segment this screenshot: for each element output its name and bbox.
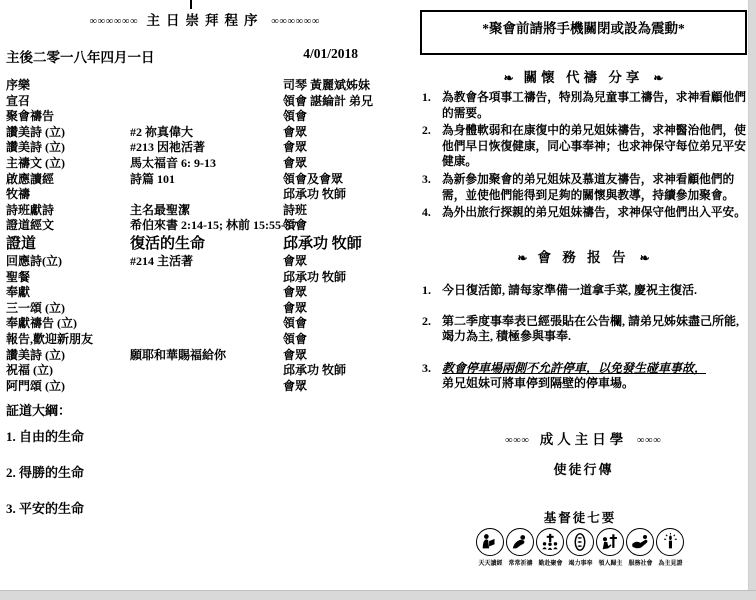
- date-chinese: 主後二零一八年四月一日: [6, 46, 155, 66]
- program-row: 序樂 司琴 黃麗斌姊妹: [6, 78, 410, 94]
- announcement-item: 2. 第二季度事奉表已經張貼在公告欄, 請弟兄姊妹盡己所能, 竭力為主, 積極參…: [422, 314, 752, 344]
- badge-caption: 常常祈禱: [507, 558, 534, 566]
- program-item-role: 邱承功 牧師: [283, 187, 410, 203]
- person-to-cross-icon: [596, 528, 624, 556]
- program-item-role: 邱承功 牧師: [283, 270, 410, 286]
- program-item-detail: 復活的生命: [130, 234, 283, 254]
- prayer-item: 4. 為外出旅行探親的弟兄姐妹禱告，求神保守他們出入平安。: [422, 205, 752, 221]
- sunday-school-subject: 使徒行傳: [420, 459, 747, 478]
- badge-constant-prayer: 常常祈禱: [506, 528, 535, 567]
- badge-caption: 勤赴聚會: [537, 558, 564, 566]
- program-item-role: 領會: [283, 218, 410, 234]
- helping-hands-icon: [626, 528, 654, 556]
- prayer-item-number: 4.: [422, 205, 442, 221]
- prayer-icon: [506, 528, 534, 556]
- prayer-heading-text: 關懷 代禱 分享: [524, 70, 644, 85]
- sermon-outline-point: 1. 自由的生命: [6, 426, 266, 445]
- program-row: 聚會禱告 領會: [6, 109, 410, 125]
- prayer-item-text: 為教會各項事工禱告，特別為兒童事工禱告，求神看顧他們的需要。: [442, 90, 752, 121]
- announcements-heading-text: 會 務 报 告: [537, 250, 629, 265]
- announcement-item: 1. 今日復活節, 請每家準備一道拿手菜, 慶祝主復活.: [422, 283, 752, 298]
- chain-ornament-right: ∞∞∞∞∞∞: [272, 16, 321, 27]
- program-row: 主禱文 (立) 馬太福音 6: 9-13 會眾: [6, 156, 410, 172]
- program-item-label: 三一頌 (立): [6, 301, 130, 317]
- announcement-item-text: 第二季度事奉表已經張貼在公告欄, 請弟兄姊妹盡己所能, 竭力為主, 積極參與事奉…: [442, 314, 752, 344]
- announcement-item: 3. 教會停車場兩側不允許停車，以免發生碰車事故，弟兄姐妹可將車停到隔壁的停車場…: [422, 361, 752, 391]
- badge-caption: 為主見證: [657, 558, 684, 566]
- announcement-item-emphasis: 教會停車場兩側不允許停車，以免發生碰車事故，: [442, 361, 752, 376]
- announcement-item-body: 弟兄姐妹可將車停到隔壁的停車場。: [442, 376, 634, 390]
- program-item-role: 領會: [283, 332, 410, 348]
- prayer-item-number: 2.: [422, 123, 442, 170]
- prayer-item-text: 為新參加聚會的弟兄姐妹及慕道友禱告，求神看顧他們的需，並使他們能得到足夠的關懷與…: [442, 172, 752, 203]
- phone-notice-text: *聚會前請將手機關閉或設為震動*: [482, 21, 685, 36]
- program-item-detail: [130, 109, 283, 125]
- announcement-item-text: 今日復活節, 請每家準備一道拿手菜, 慶祝主復活.: [442, 283, 752, 298]
- program-row: 詩班獻詩 主名最聖潔 詩班: [6, 203, 410, 219]
- program-item-role: 會眾: [283, 348, 410, 364]
- program-item-detail: [130, 301, 283, 317]
- leaf-ornament-left: ❧: [517, 251, 527, 265]
- program-row: 讚美詩 (立) #213 因祂活著 會眾: [6, 140, 410, 156]
- program-item-role: 邱承功 牧師: [283, 363, 410, 379]
- program-row: 證道經文 希伯來書 2:14-15; 林前 15:55-57 領會: [6, 218, 410, 234]
- sermon-outline-list: 1. 自由的生命 2. 得勝的生命 3. 平安的生命: [6, 426, 266, 534]
- program-item-role: 會眾: [283, 301, 410, 317]
- program-item-role: 會眾: [283, 285, 410, 301]
- badge-caption: 領人歸主: [597, 558, 624, 566]
- program-item-detail: [130, 187, 283, 203]
- program-item-label: 宣召: [6, 94, 130, 110]
- sermon-outline-point: 3. 平安的生命: [6, 498, 266, 517]
- program-item-label: 證道經文: [6, 218, 130, 234]
- program-item-label: 聖餐: [6, 270, 130, 286]
- program-row: 奉獻 會眾: [6, 285, 410, 301]
- program-item-detail: #214 主活著: [130, 254, 283, 270]
- program-item-label: 讚美詩 (立): [6, 348, 130, 364]
- congregation-cross-icon: [536, 528, 564, 556]
- announcements-section-heading: ❧會 務 报 告❧: [420, 246, 747, 266]
- badge-attend-meetings: 勤赴聚會: [536, 528, 565, 567]
- announcement-item-body: 第二季度事奉表已經張貼在公告欄, 請弟兄姊妹盡己所能, 竭力為主, 積極參與事奉…: [442, 314, 739, 343]
- program-item-label: 奉獻禱告 (立): [6, 316, 130, 332]
- program-item-role: 領會 諶綸計 弟兄: [283, 94, 410, 110]
- prayer-item-text: 為外出旅行探親的弟兄姐妹禱告，求神保守他們出入平安。: [442, 205, 752, 221]
- program-item-role: 會眾: [283, 156, 410, 172]
- date-row: 主後二零一八年四月一日 4/01/2018: [6, 46, 358, 66]
- chain-ornament-left: ∞∞∞∞∞∞: [90, 16, 139, 27]
- announcement-item-number: 2.: [422, 314, 442, 344]
- program-row: 阿門頌 (立) 會眾: [6, 379, 410, 395]
- program-item-label: 祝福 (立): [6, 363, 130, 379]
- program-item-detail: 詩篇 101: [130, 172, 283, 188]
- prayer-item-body: 為教會各項事工禱告，特別為兒童事工禱告，求神看顧他們的需要。: [442, 91, 746, 120]
- program-item-role: 領會: [283, 109, 410, 125]
- program-item-label: 聚會禱告: [6, 109, 130, 125]
- badge-daily-bible-reading: 天天讀經: [476, 528, 505, 567]
- prayer-item: 2. 為身體軟弱和在康復中的弟兄姐妹禱告，求神醫治他們，使他們早日恢復健康，同心…: [422, 123, 752, 170]
- badge-strive-to-serve: 竭力事奉: [566, 528, 595, 567]
- crop-mark: [190, 0, 192, 9]
- announcement-item-number: 1.: [422, 283, 442, 298]
- chain-ornament-right: ∞∞∞: [637, 435, 661, 446]
- leaf-ornament-right: ❧: [640, 251, 650, 265]
- badge-caption: 服務社會: [627, 558, 654, 566]
- program-item-detail: [130, 285, 283, 301]
- sunday-school-heading: ∞∞∞成人主日學∞∞∞: [420, 428, 747, 448]
- program-item-role: 司琴 黃麗斌姊妹: [283, 78, 410, 94]
- program-row: 三一頌 (立) 會眾: [6, 301, 410, 317]
- announcement-item-text: 教會停車場兩側不允許停車，以免發生碰車事故，弟兄姐妹可將車停到隔壁的停車場。: [442, 361, 752, 391]
- prayer-item-body: 為外出旅行探親的弟兄姐妹禱告，求神保守他們出入平安。: [442, 206, 746, 219]
- announcements-list: 1. 今日復活節, 請每家準備一道拿手菜, 慶祝主復活. 2. 第二季度事奉表已…: [422, 283, 752, 407]
- phone-notice-box: *聚會前請將手機關閉或設為震動*: [420, 10, 747, 55]
- page-title: ∞∞∞∞∞∞主日崇拜程序∞∞∞∞∞∞: [0, 9, 410, 29]
- prayer-item-body: 為新參加聚會的弟兄姐妹及慕道友禱告，求神看顧他們的需，並使他們能得到足夠的關懷與…: [442, 173, 734, 202]
- program-row: 宣召 領會 諶綸計 弟兄: [6, 94, 410, 110]
- badge-caption: 竭力事奉: [567, 558, 594, 566]
- prayer-item-text: 為身體軟弱和在康復中的弟兄姐妹禱告，求神醫治他們，使他們早日恢復健康，同心事奉神…: [442, 123, 752, 170]
- program-item-label: 詩班獻詩: [6, 203, 130, 219]
- program-item-detail: [130, 94, 283, 110]
- chain-ornament-left: ∞∞∞: [505, 435, 529, 446]
- program-item-label: 奉獻: [6, 285, 130, 301]
- program-item-label: 主禱文 (立): [6, 156, 130, 172]
- program-item-detail: #2 祢真偉大: [130, 125, 283, 141]
- program-item-detail: [130, 332, 283, 348]
- program-row: 牧禱 邱承功 牧師: [6, 187, 410, 203]
- sermon-outline-title: 証道大綱：: [6, 400, 71, 419]
- program-item-detail: [130, 363, 283, 379]
- announcement-item-number: 3.: [422, 361, 442, 391]
- program-item-label: 阿門頌 (立): [6, 379, 130, 395]
- prayer-section-heading: ❧關懷 代禱 分享❧: [420, 66, 747, 86]
- program-item-detail: 主名最聖潔: [130, 203, 283, 219]
- program-item-detail: [130, 78, 283, 94]
- program-item-label: 讚美詩 (立): [6, 125, 130, 141]
- program-item-label: 證道: [6, 234, 130, 254]
- program-row: 奉獻禱告 (立) 領會: [6, 316, 410, 332]
- program-item-role: 會眾: [283, 379, 410, 395]
- badge-caption: 天天讀經: [477, 558, 504, 566]
- prayer-item: 1. 為教會各項事工禱告，特別為兒童事工禱告，求神看顧他們的需要。: [422, 90, 752, 121]
- program-item-role: 會眾: [283, 254, 410, 270]
- badge-witness-for-the-lord: 為主見證: [656, 528, 685, 567]
- program-item-detail: [130, 379, 283, 395]
- loaves-fishes-icon: [566, 528, 594, 556]
- program-row: 證道 復活的生命 邱承功 牧師: [6, 234, 410, 254]
- prayer-item-number: 3.: [422, 172, 442, 203]
- program-list: 序樂 司琴 黃麗斌姊妹 宣召 領會 諶綸計 弟兄 聚會禱告 領會 讚美詩 (立)…: [6, 78, 410, 394]
- program-item-label: 牧禱: [6, 187, 130, 203]
- badge-lead-people-to-christ: 領人歸主: [596, 528, 625, 567]
- sermon-outline-point: 2. 得勝的生命: [6, 462, 266, 481]
- program-item-role: 會眾: [283, 125, 410, 141]
- seven-essentials-title: 基督徒七要: [472, 508, 688, 526]
- program-row: 回應詩(立) #214 主活著 會眾: [6, 254, 410, 270]
- prayer-item: 3. 為新參加聚會的弟兄姐妹及慕道友禱告，求神看顧他們的需，並使他們能得到足夠的…: [422, 172, 752, 203]
- prayer-list: 1. 為教會各項事工禱告，特別為兒童事工禱告，求神看顧他們的需要。 2. 為身體…: [422, 90, 752, 223]
- page-title-text: 主日崇拜程序: [147, 13, 264, 28]
- program-row: 祝福 (立) 邱承功 牧師: [6, 363, 410, 379]
- program-item-label: 報告,歡迎新朋友: [6, 332, 130, 348]
- badge-serve-society: 服務社會: [626, 528, 655, 567]
- program-row: 啟應讀經 詩篇 101 領會及會眾: [6, 172, 410, 188]
- program-item-detail: 希伯來書 2:14-15; 林前 15:55-57: [130, 218, 283, 234]
- viewer-bottom-edge: [0, 590, 756, 600]
- program-item-role: 領會: [283, 316, 410, 332]
- program-item-label: 序樂: [6, 78, 130, 94]
- program-item-label: 回應詩(立): [6, 254, 130, 270]
- program-item-role: 邱承功 牧師: [283, 234, 410, 254]
- prayer-item-number: 1.: [422, 90, 442, 121]
- announcement-item-body: 今日復活節, 請每家準備一道拿手菜, 慶祝主復活.: [442, 283, 697, 297]
- candle-icon: [656, 528, 684, 556]
- program-row: 讚美詩 (立) 願耶和華賜福給你 會眾: [6, 348, 410, 364]
- program-item-role: 會眾: [283, 140, 410, 156]
- program-row: 聖餐 邱承功 牧師: [6, 270, 410, 286]
- program-item-label: 讚美詩 (立): [6, 140, 130, 156]
- program-item-detail: 願耶和華賜福給你: [130, 348, 283, 364]
- program-row: 報告,歡迎新朋友 領會: [6, 332, 410, 348]
- program-item-detail: #213 因祂活著: [130, 140, 283, 156]
- seven-essentials-logo: 基督徒七要 天天讀經 常常祈禱 勤赴聚會 竭力事奉: [472, 508, 688, 567]
- program-item-role: 領會及會眾: [283, 172, 410, 188]
- program-item-detail: [130, 316, 283, 332]
- program-row: 讚美詩 (立) #2 祢真偉大 會眾: [6, 125, 410, 141]
- program-item-detail: 馬太福音 6: 9-13: [130, 156, 283, 172]
- bible-reading-icon: [476, 528, 504, 556]
- prayer-item-body: 為身體軟弱和在康復中的弟兄姐妹禱告，求神醫治他們，使他們早日恢復健康，同心事奉神…: [442, 124, 746, 168]
- program-item-role: 詩班: [283, 203, 410, 219]
- program-item-detail: [130, 270, 283, 286]
- sunday-school-heading-text: 成人主日學: [540, 432, 628, 447]
- date-numeric: 4/01/2018: [303, 46, 358, 66]
- seven-essentials-badges: 天天讀經 常常祈禱 勤赴聚會 竭力事奉 領人歸主: [472, 528, 688, 567]
- program-item-label: 啟應讀經: [6, 172, 130, 188]
- leaf-ornament-right: ❧: [653, 71, 663, 85]
- leaf-ornament-left: ❧: [504, 71, 514, 85]
- bulletin-page: { "page": { "title": "主日崇拜程序", "ornament…: [0, 0, 756, 600]
